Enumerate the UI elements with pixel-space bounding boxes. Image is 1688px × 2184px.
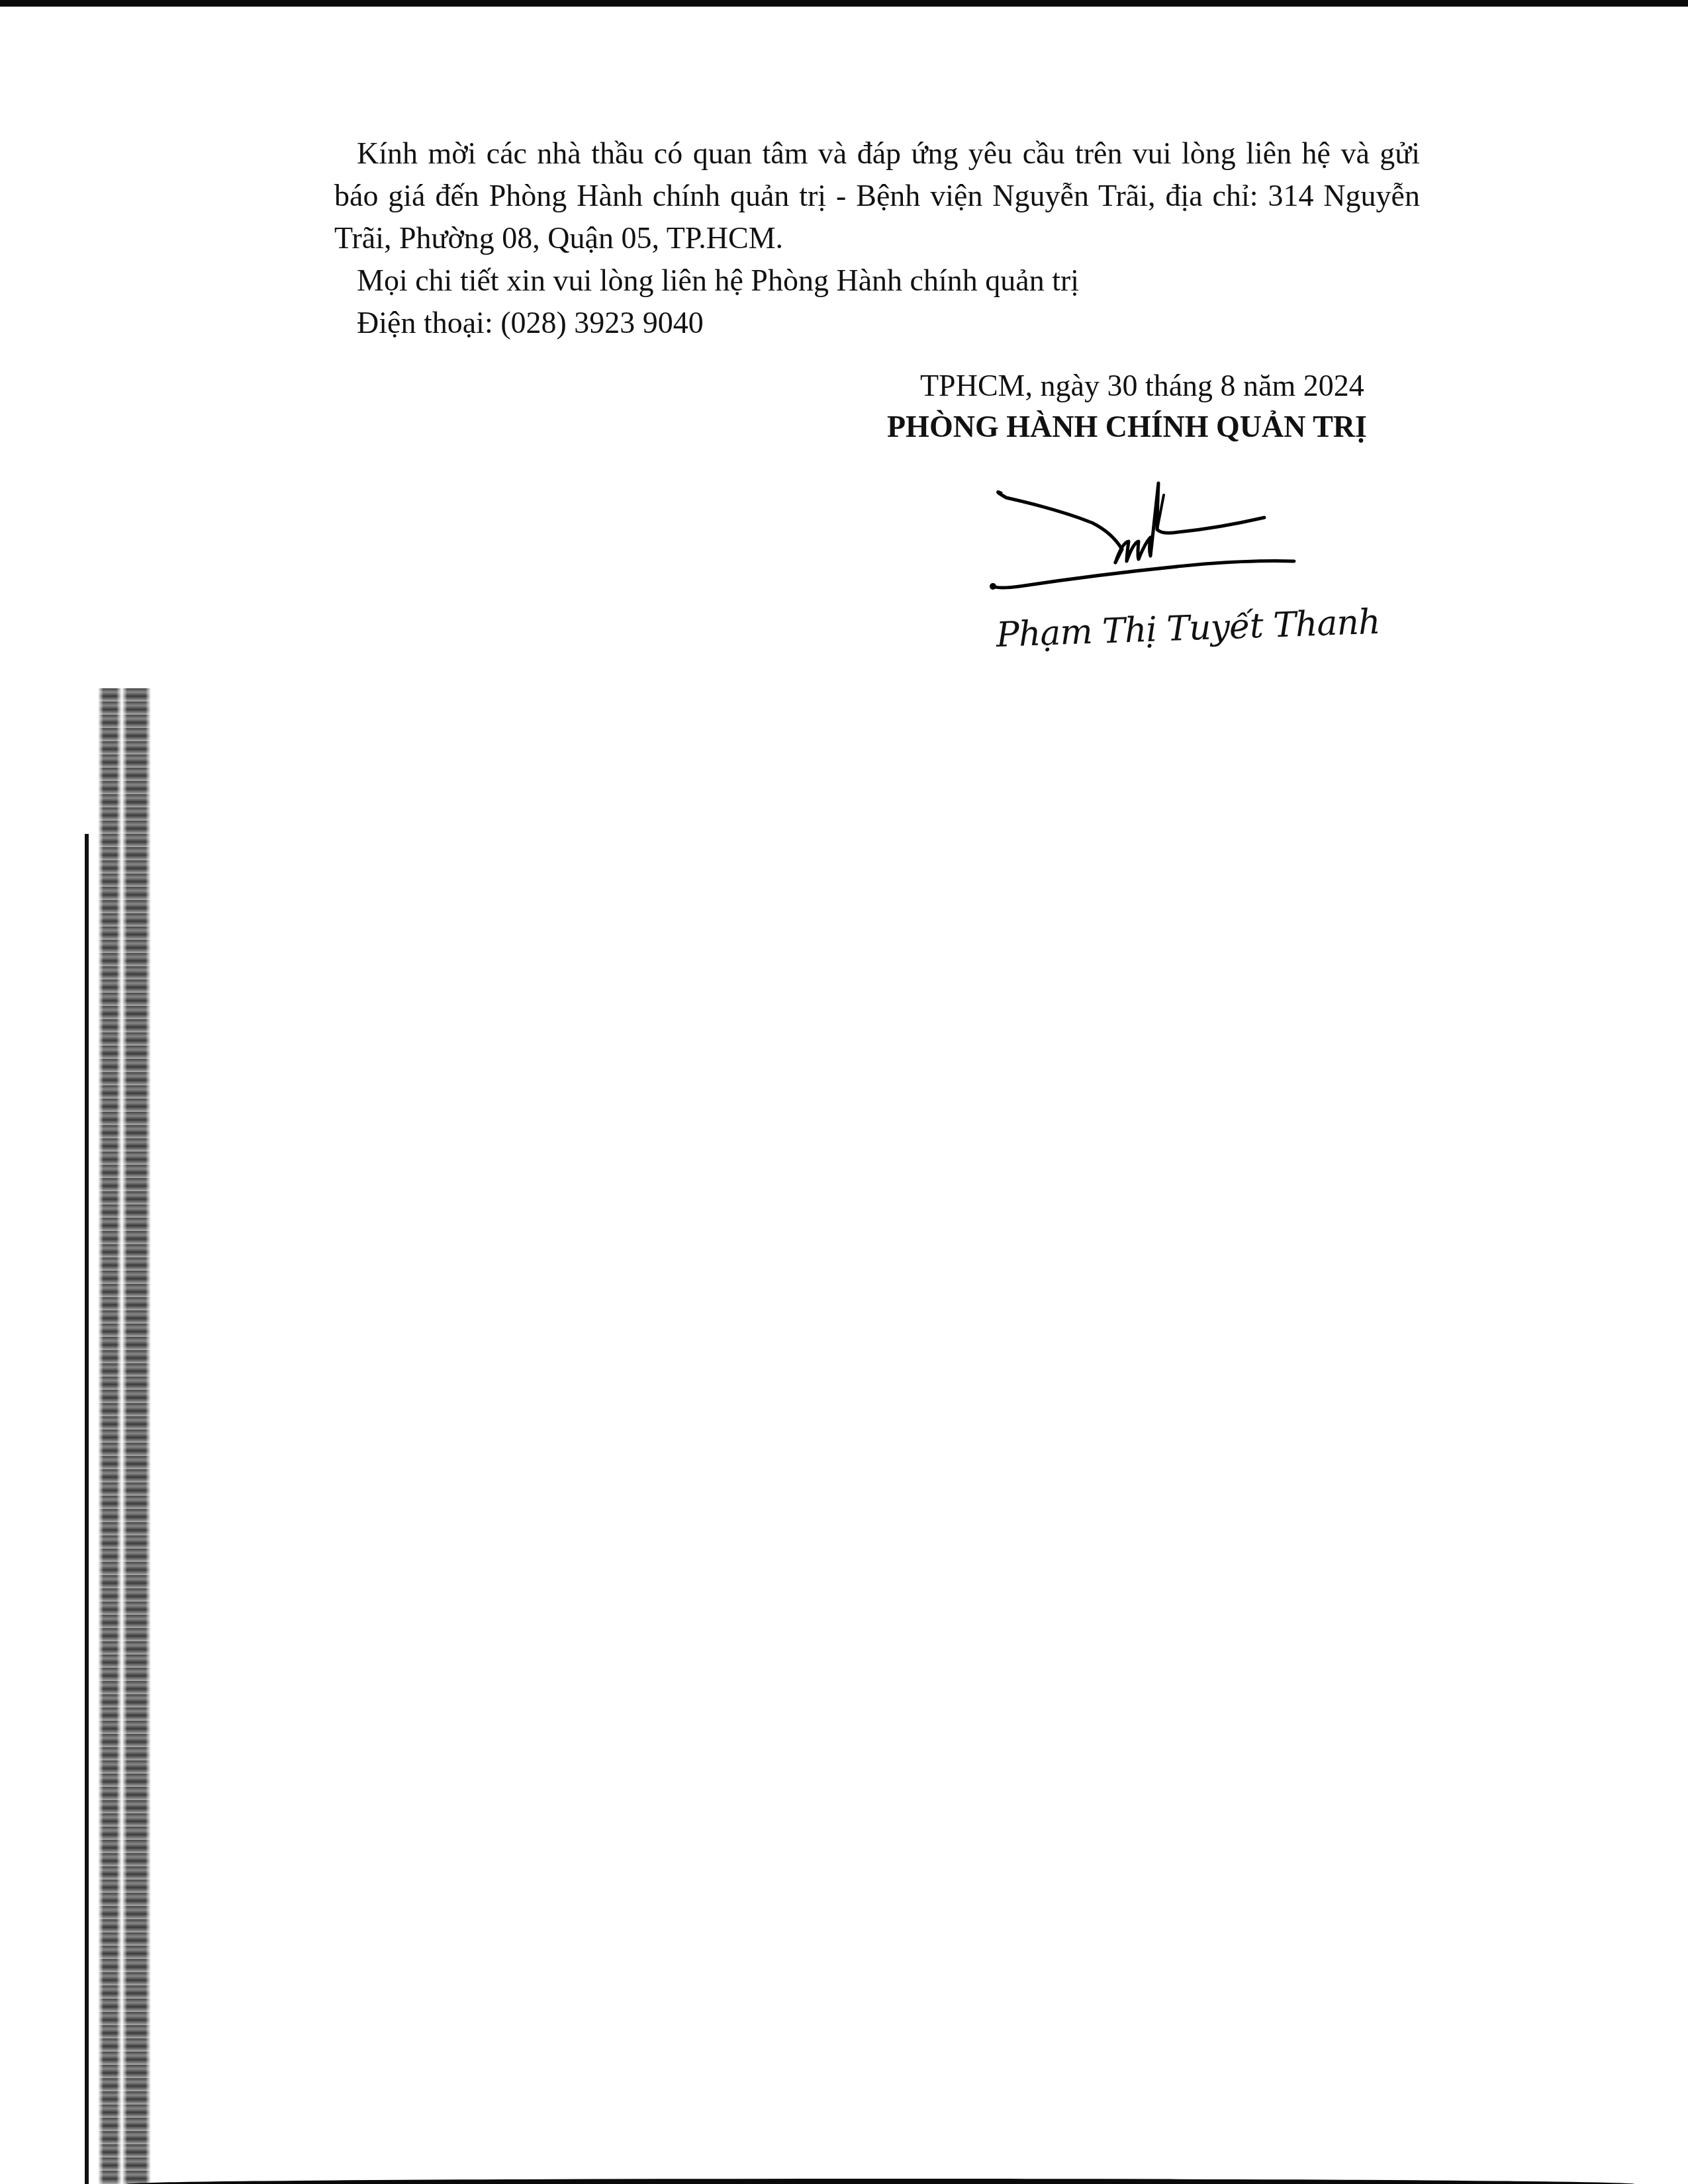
signature-icon <box>980 463 1324 596</box>
document-page: Kính mời các nhà thầu có quan tâm và đáp… <box>0 0 1688 2184</box>
contact-paragraph: Mọi chi tiết xin vui lòng liên hệ Phòng … <box>334 259 1420 302</box>
department-title: PHÒNG HÀNH CHÍNH QUẢN TRỊ <box>887 407 1367 447</box>
body-text: Kính mời các nhà thầu có quan tâm và đáp… <box>334 132 1420 344</box>
invitation-paragraph: Kính mời các nhà thầu có quan tâm và đáp… <box>334 132 1420 259</box>
phone-line: Điện thoại: (028) 3923 9040 <box>334 302 1420 344</box>
signer-name: Phạm Thị Tuyết Thanh <box>996 602 1381 655</box>
date-line: TPHCM, ngày 30 tháng 8 năm 2024 <box>920 366 1364 406</box>
